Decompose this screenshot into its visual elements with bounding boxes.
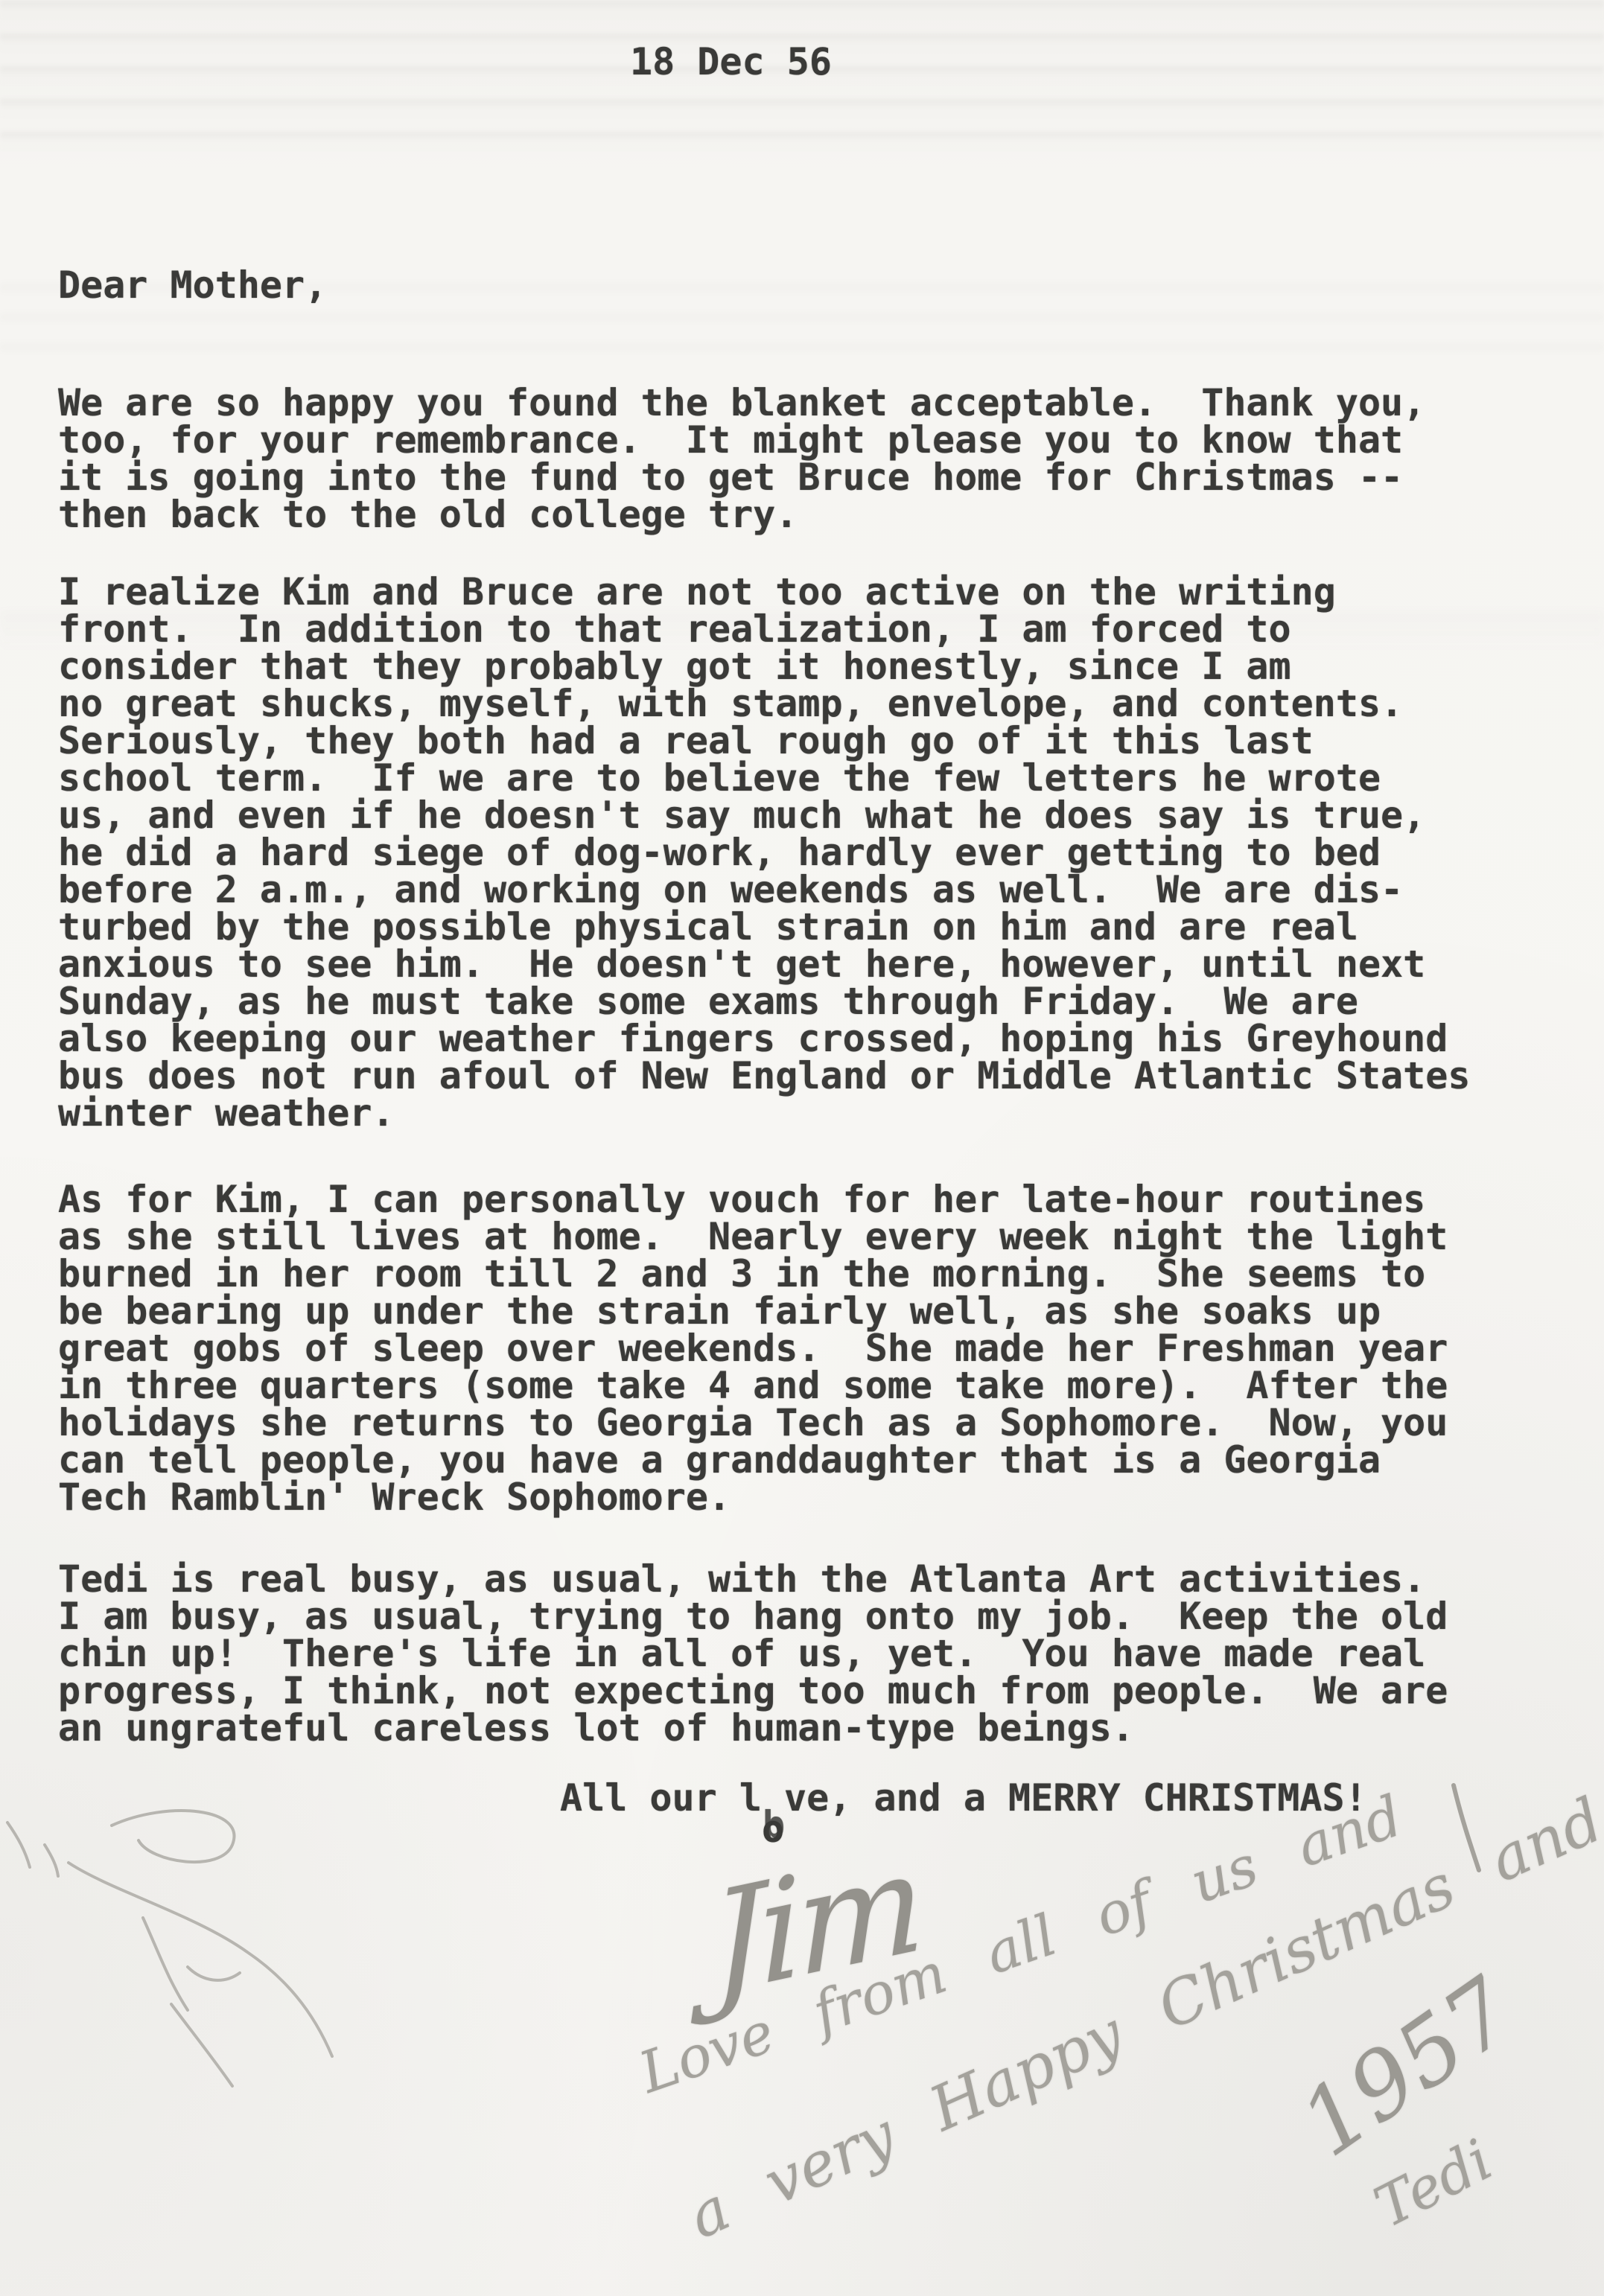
handwritten-year: 1957 bbox=[1282, 1958, 1532, 2177]
paragraph-2: I realize Kim and Bruce are not too acti… bbox=[58, 573, 1470, 1132]
closing-text-post: ve, and a MERRY CHRISTMAS! bbox=[784, 1776, 1367, 1820]
closing-line: All our lobve, and a MERRY CHRISTMAS! bbox=[560, 1779, 1367, 1817]
paragraph-1: We are so happy you found the blanket ac… bbox=[58, 384, 1425, 533]
letter-date: 18 Dec 56 bbox=[630, 43, 832, 80]
scanned-letter-page: 18 Dec 56 Dear Mother, We are so happy y… bbox=[0, 0, 1604, 2296]
paragraph-4: Tedi is real busy, as usual, with the At… bbox=[58, 1560, 1448, 1747]
salutation: Dear Mother, bbox=[58, 267, 327, 304]
paragraph-3: As for Kim, I can personally vouch for h… bbox=[58, 1181, 1448, 1516]
closing-text-pre: All our l bbox=[560, 1776, 762, 1820]
